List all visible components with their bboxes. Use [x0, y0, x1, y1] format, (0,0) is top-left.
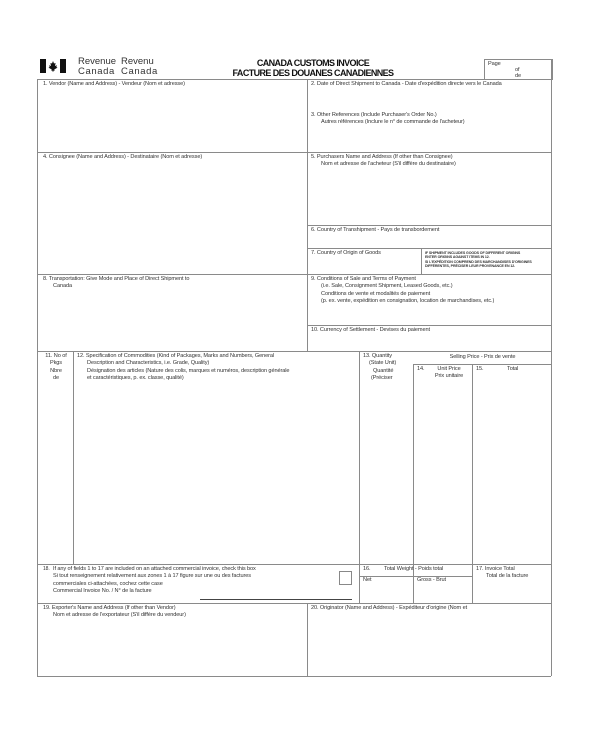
commercial-invoice-number-input[interactable] — [200, 591, 352, 600]
attached-invoice-checkbox[interactable] — [339, 571, 352, 585]
purchaser-label-fr: Nom et adresse de l'acheteur (S'il diffè… — [311, 161, 456, 168]
quantity-label: 13. Quantity (State Unit) Quantité (Préc… — [363, 353, 396, 383]
conditions-label-en2: (i.e. Sale, Consignment Shipment, Leased… — [311, 283, 494, 290]
exporter-field[interactable]: 19. Exporter's Name and Address (If othe… — [38, 604, 306, 675]
commodities-line4: et caractéristiques, p. ex. classe, qual… — [77, 375, 289, 382]
quantity-line1: 13. Quantity — [363, 353, 396, 360]
commodities-line1: 12. Specification of Commodities (Kind o… — [77, 353, 289, 360]
originator-field[interactable]: 20. Originator (Name and Address) - Expé… — [308, 604, 550, 675]
transportation-label-en2: Canada — [43, 283, 189, 290]
net-weight-label: Net — [363, 577, 371, 584]
agency-en-line2: Canada — [78, 67, 116, 77]
selling-price-header: Selling Price - Prix de vente — [414, 354, 551, 361]
packages-count-column[interactable]: 11. No of Pkgs Nbre de — [38, 352, 72, 563]
f18-line3: commerciales ci-attachées, cochez cette … — [53, 581, 256, 588]
unit-price-column[interactable]: 14. Unit Price Prix unitaire — [414, 365, 471, 563]
packages-label-line4: de — [42, 375, 70, 382]
exporter-label-en: 19. Exporter's Name and Address (If othe… — [43, 605, 175, 611]
commodities-line2: Description and Characteristics, i.e. Gr… — [77, 360, 289, 367]
gross-weight-field[interactable]: Gross - Brut — [414, 577, 471, 602]
total-weight-label: Total Weight - Poids total — [384, 566, 443, 573]
vendor-field[interactable]: 1. Vendor (Name and Address) - Vendeur (… — [38, 80, 306, 151]
quantity-line2: (State Unit) — [363, 360, 396, 367]
packages-label: 11. No of Pkgs Nbre de — [42, 353, 70, 383]
origin-note: IF SHIPMENT INCLUDES GOODS OF DIFFERENT … — [425, 251, 532, 269]
total-column[interactable]: 15. Total — [473, 365, 550, 563]
transhipment-country-label: 6. Country of Transhipment - Pays de tra… — [311, 227, 439, 234]
exporter-label-fr: Nom et adresse de l'exportateur (S'il di… — [43, 612, 186, 619]
net-weight-field[interactable]: Net — [360, 577, 412, 602]
conditions-label-en: 9. Conditions of Sale and Terms of Payme… — [311, 276, 416, 282]
transportation-label-en: 8. Transportation: Give Mode and Place o… — [43, 276, 189, 282]
transhipment-country-field[interactable]: 6. Country of Transhipment - Pays de tra… — [308, 226, 550, 247]
unit-price-label: Unit Price Prix unitaire — [428, 366, 470, 381]
origin-country-label: 7. Country of Origin of Goods — [311, 250, 381, 257]
conditions-of-sale-label: 9. Conditions of Sale and Terms of Payme… — [311, 276, 494, 306]
unit-price-num: 14. — [417, 366, 424, 373]
commodities-label: 12. Specification of Commodities (Kind o… — [77, 353, 289, 383]
shipment-date-label: 2. Date of Direct Shipment to Canada - D… — [311, 81, 502, 88]
f18-line2: Si tout renseignement relativement aux z… — [53, 573, 256, 580]
quantity-column[interactable]: 13. Quantity (State Unit) Quantité (Préc… — [360, 352, 412, 563]
vendor-label: 1. Vendor (Name and Address) - Vendeur (… — [43, 81, 185, 88]
other-references-label-fr: Autres références (Inclure le n° de comm… — [311, 119, 465, 126]
form-title: CANADA CUSTOMS INVOICE FACTURE DES DOUAN… — [228, 58, 398, 78]
other-references-label-en: 3. Other References (Include Purchaser's… — [311, 112, 437, 118]
title-en: CANADA CUSTOMS INVOICE — [228, 58, 398, 68]
other-references-field[interactable]: 3. Other References (Include Purchaser's… — [308, 112, 550, 151]
gross-weight-label: Gross - Brut — [417, 577, 446, 584]
consignee-label: 4. Consignee (Name and Address) - Destin… — [43, 154, 202, 161]
f18-num: 18. — [43, 566, 50, 573]
origin-country-field[interactable]: 7. Country of Origin of Goods — [308, 249, 420, 273]
quantity-line3: Quantité — [363, 368, 396, 375]
agency-name-fr: Revenu Canada — [121, 57, 158, 76]
exporter-label: 19. Exporter's Name and Address (If othe… — [43, 605, 186, 620]
page-number-box[interactable]: Page of de — [484, 59, 553, 80]
shipment-date-field[interactable]: 2. Date of Direct Shipment to Canada - D… — [308, 80, 550, 110]
purchaser-label: 5. Purchasers Name and Address (If other… — [311, 154, 456, 169]
invoice-total-line1: 17. Invoice Total — [476, 566, 528, 573]
consignee-field[interactable]: 4. Consignee (Name and Address) - Destin… — [38, 153, 306, 273]
transportation-label: 8. Transportation: Give Mode and Place o… — [43, 276, 189, 291]
invoice-total-line2: Total de la facture — [476, 573, 528, 580]
total-num: 15. — [476, 366, 483, 373]
transportation-field[interactable]: 8. Transportation: Give Mode and Place o… — [38, 275, 306, 350]
unit-price-line2: Prix unitaire — [428, 373, 470, 380]
unit-price-line1: Unit Price — [428, 366, 470, 373]
conditions-of-sale-field[interactable]: 9. Conditions of Sale and Terms of Payme… — [308, 275, 550, 324]
invoice-total-field[interactable]: 17. Invoice Total Total de la facture — [473, 565, 550, 602]
invoice-total-label: 17. Invoice Total Total de la facture — [476, 566, 528, 581]
commodities-line3: Désignation des articles (Nature des col… — [77, 368, 289, 375]
other-references-label: 3. Other References (Include Purchaser's… — [311, 112, 465, 127]
page-label: Page — [488, 61, 501, 68]
origin-note-line4: DIFFÉRENTES, PRÉCISER LEUR PROVENANCE EN… — [425, 264, 532, 268]
quantity-line4: (Préciser — [363, 375, 396, 382]
originator-label: 20. Originator (Name and Address) - Expé… — [311, 605, 467, 612]
packages-label-line3: Nbre — [42, 368, 70, 375]
purchaser-field[interactable]: 5. Purchasers Name and Address (If other… — [308, 153, 550, 224]
conditions-label-fr2: (p. ex. vente, expédition en consignatio… — [311, 298, 494, 305]
packages-label-line1: 11. No of — [42, 353, 70, 360]
title-fr: FACTURE DES DOUANES CANADIENNES — [228, 68, 398, 78]
currency-field[interactable]: 10. Currency of Settlement - Devises du … — [308, 326, 550, 350]
purchaser-label-en: 5. Purchasers Name and Address (If other… — [311, 154, 452, 160]
currency-label: 10. Currency of Settlement - Devises du … — [311, 327, 430, 334]
agency-fr-line2: Canada — [121, 67, 158, 77]
total-label: Total — [507, 366, 518, 373]
packages-label-line2: Pkgs — [42, 360, 70, 367]
conditions-label-fr: Conditions de vente et modalités de paie… — [311, 291, 494, 298]
agency-name-en: Revenue Canada — [78, 57, 116, 76]
f18-line1: If any of fields 1 to 17 are included on… — [53, 566, 256, 573]
total-weight-num: 16. — [363, 566, 370, 573]
canada-flag-icon — [40, 59, 66, 73]
commodities-column[interactable]: 12. Specification of Commodities (Kind o… — [74, 352, 358, 563]
total-weight-section: 16. Total Weight - Poids total — [360, 565, 472, 576]
